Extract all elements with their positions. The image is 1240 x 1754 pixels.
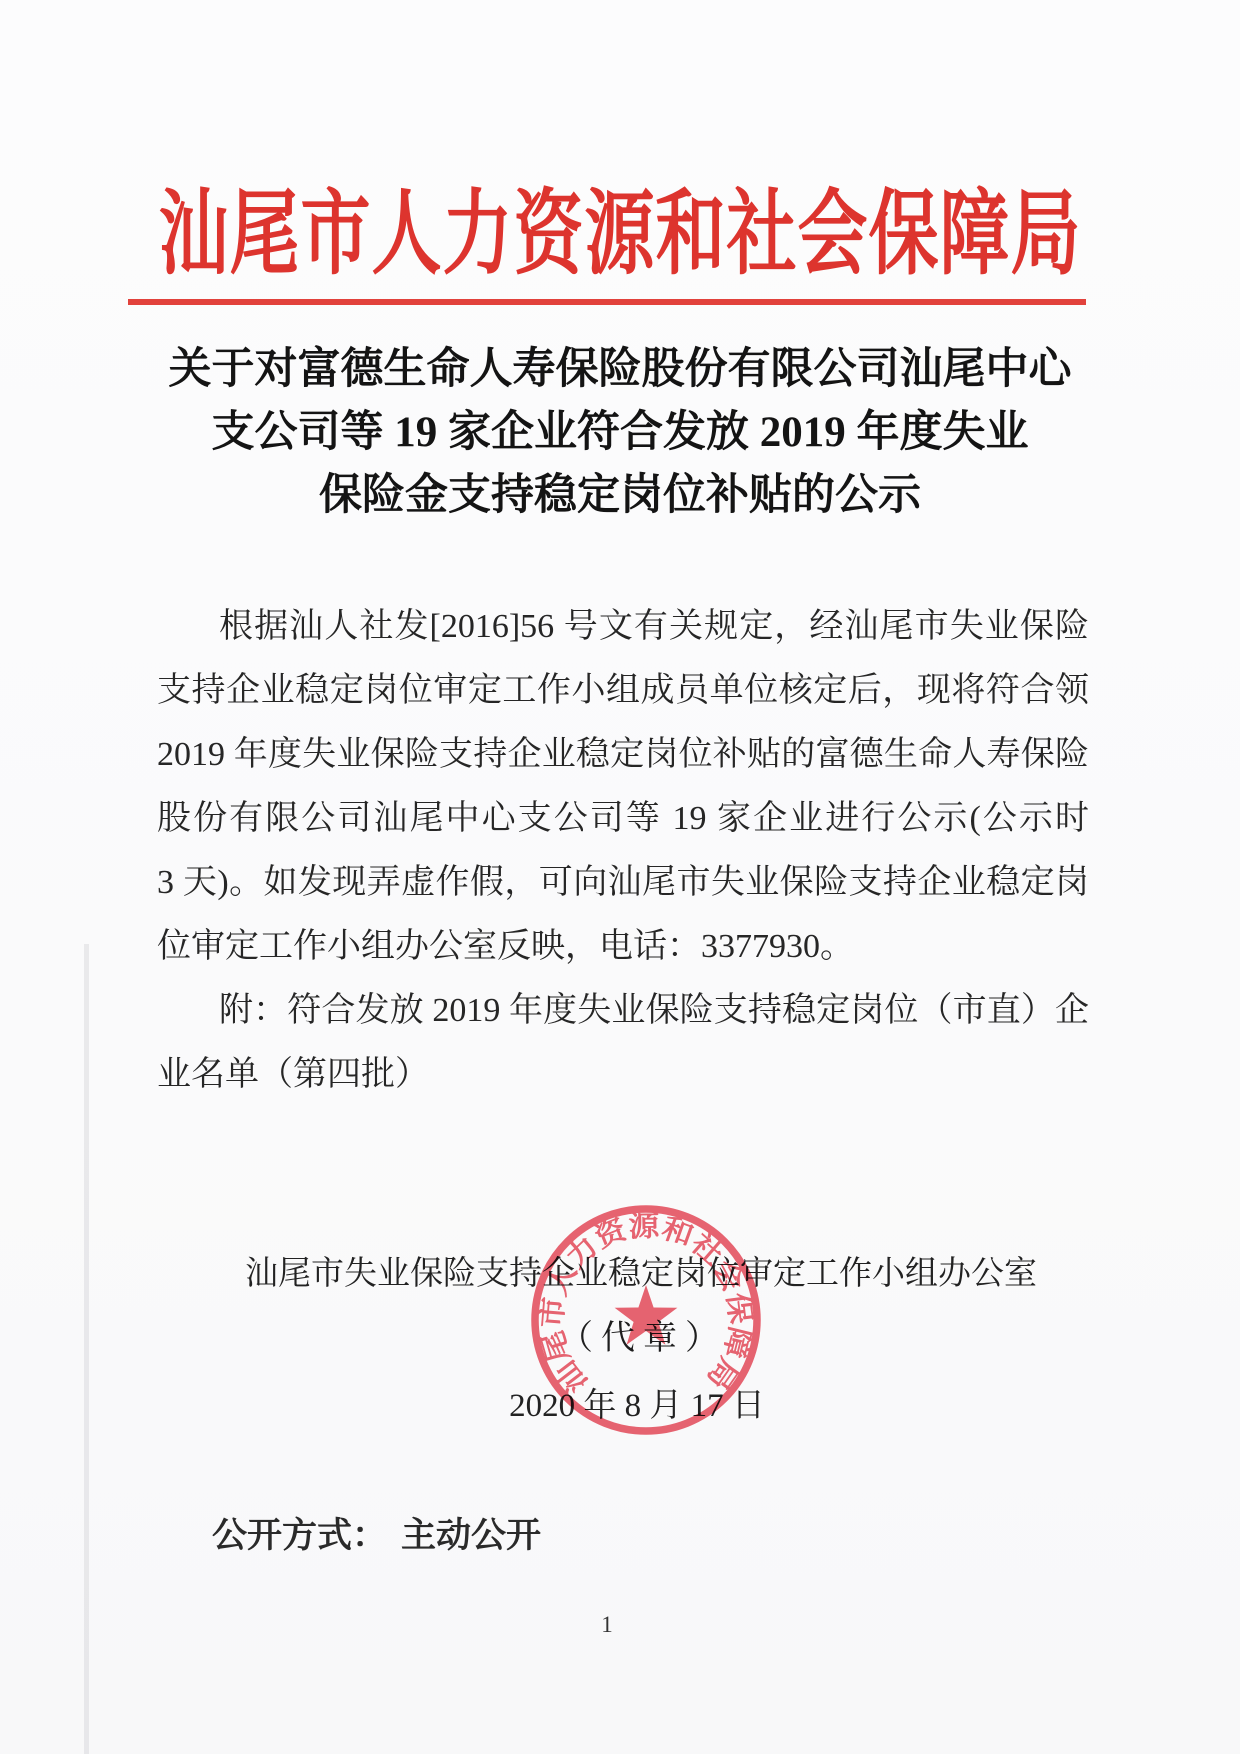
body-line-attachment: 附：符合发放 2019 年度失业保险支持稳定岗位（市直）企 (157, 979, 1089, 1043)
document-page: 汕尾市人力资源和社会保障局 关于对富德生命人寿保险股份有限公司汕尾中心 支公司等… (0, 0, 1240, 1754)
body-paragraph: 根据汕人社发[2016]56 号文有关规定，经汕尾市失业保险 支持企业稳定岗位审… (157, 595, 1089, 1107)
body-line: 2019 年度失业保险支持企业稳定岗位补贴的富德生命人寿保险 (157, 723, 1089, 787)
body-line-attachment: 业名单（第四批） (157, 1043, 1089, 1107)
svg-text:汕尾市人力资源和社会保障局: 汕尾市人力资源和社会保障局 (535, 1210, 757, 1399)
disclosure-label: 公开方式： (212, 1516, 387, 1555)
disclosure-value: 主动公开 (401, 1516, 541, 1555)
document-title-line-1: 关于对富德生命人寿保险股份有限公司汕尾中心 (70, 338, 1170, 401)
body-line: 位审定工作小组办公室反映，电话：3377930。 (157, 915, 1089, 979)
body-line: 3 天)。如发现弄虚作假，可向汕尾市失业保险支持企业稳定岗 (157, 851, 1089, 915)
document-title-line-3: 保险金支持稳定岗位补贴的公示 (70, 464, 1170, 527)
letterhead-red-rule (128, 299, 1086, 305)
scan-edge-artifact (84, 944, 89, 1754)
document-title: 关于对富德生命人寿保险股份有限公司汕尾中心 支公司等 19 家企业符合发放 20… (70, 338, 1170, 527)
signature-office: 汕尾市失业保险支持企业稳定岗位审定工作小组办公室 (21, 1247, 1240, 1294)
body-line: 支持企业稳定岗位审定工作小组成员单位核定后，现将符合领取 (157, 659, 1089, 723)
document-title-line-2: 支公司等 19 家企业符合发放 2019 年度失业 (70, 401, 1170, 464)
seal-note: （代章） (23, 1310, 1240, 1359)
page-number: 1 (0, 1612, 1214, 1638)
body-line: 股份有限公司汕尾中心支公司等 19 家企业进行公示(公示时间： (157, 787, 1089, 851)
agency-letterhead: 汕尾市人力资源和社会保障局 (0, 160, 1240, 293)
disclosure-line: 公开方式：主动公开 (212, 1508, 541, 1558)
document-date: 2020 年 8 月 17 日 (17, 1379, 1240, 1426)
body-line: 根据汕人社发[2016]56 号文有关规定，经汕尾市失业保险 (157, 595, 1089, 659)
seal-arc-text: 汕尾市人力资源和社会保障局 (535, 1210, 757, 1399)
